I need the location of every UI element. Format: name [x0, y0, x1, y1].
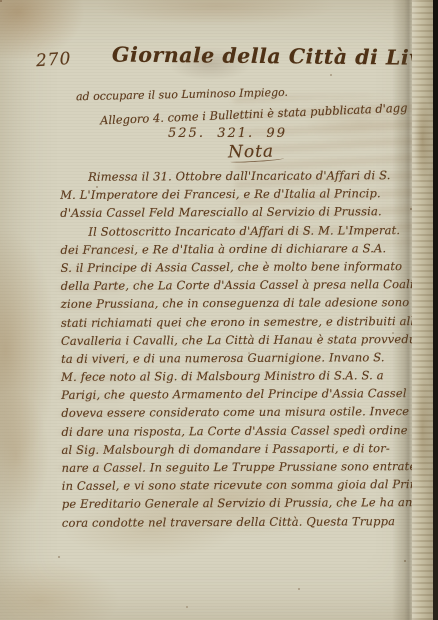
body-line: Parigi, che questo Armamento del Princip…	[61, 384, 403, 404]
body-line: M. fece noto al Sig. di Malsbourg Minist…	[61, 366, 403, 386]
body-line: Cavalleria i Cavalli, che La Città di Ha…	[61, 330, 403, 350]
body-line: M. L'Imperatore dei Francesi, e Re d'Ita…	[60, 184, 402, 204]
body-line: di dare una risposta, La Corte d'Assia C…	[61, 421, 403, 441]
foxing-specks	[0, 0, 2, 2]
scan-gap-edge	[433, 0, 438, 620]
page-fold-shadow	[392, 0, 414, 620]
body-line: Rimessa il 31. Ottobre dall'Incaricato d…	[60, 166, 402, 186]
manuscript-page: 270 Giornale della Città di Livorno ad o…	[0, 0, 433, 620]
body-line: dei Francesi, e Re d'Italia à ordine di …	[60, 239, 402, 259]
body-line: al Sig. Malsbourgh di domandare i Passap…	[61, 439, 403, 459]
section-heading: Nota	[228, 142, 274, 163]
body-line: nare a Cassel. In seguito Le Truppe Prus…	[62, 457, 404, 477]
body-line: d'Assia Cassel Feld Maresciallo al Servi…	[60, 202, 402, 222]
manuscript-scan: 270 Giornale della Città di Livorno ad o…	[0, 0, 438, 620]
body-line: pe Ereditario Generale al Servizio di Pr…	[62, 493, 404, 513]
body-line: cora condotte nel traversare della Città…	[62, 512, 404, 532]
page-number: 270	[35, 49, 72, 71]
note-body: Rimessa il 31. Ottobre dall'Incaricato d…	[60, 166, 404, 532]
body-line: doveva essere considerato come una misur…	[61, 403, 403, 423]
body-line: della Parte, che La Corte d'Assia Cassel…	[61, 275, 403, 295]
body-line: S. il Principe di Assia Cassel, che è mo…	[61, 257, 403, 277]
book-page-edge-stack	[412, 0, 433, 620]
body-line: zione Prussiana, che in conseguenza di t…	[61, 293, 403, 313]
body-line: in Cassel, e vi sono state ricevute con …	[62, 475, 404, 495]
body-line: ta di viveri, e di una numerosa Guarnigi…	[61, 348, 403, 368]
reference-numbers: 525. 321. 99	[168, 126, 287, 141]
journal-title: Giornale della Città di Livorno	[112, 42, 408, 69]
body-line: stati richiamati quei che erono in semes…	[61, 312, 403, 332]
body-line: Il Sottoscritto Incaricato d'Affari di S…	[60, 221, 402, 241]
